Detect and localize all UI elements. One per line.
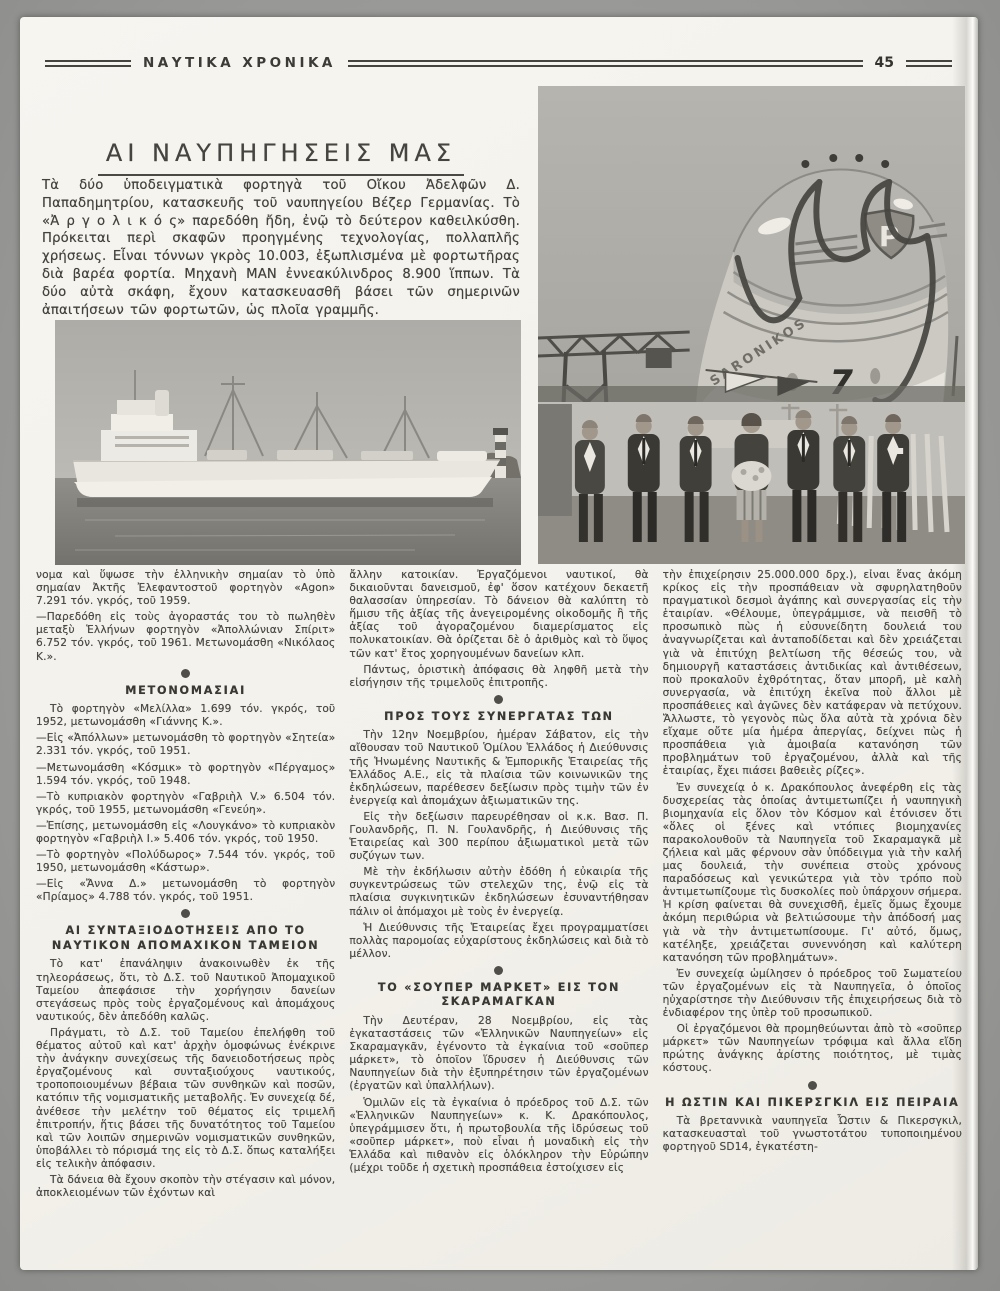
paragraph: Ἐν συνεχείᾳ ὡμίλησεν ὁ πρόεδρος τοῦ Σωμα… xyxy=(663,968,962,1020)
section-heading-associates: ΠΡΟΣ ΤΟΥΣ ΣΥΝΕΡΓΑΤΑΣ ΤΩΝ xyxy=(349,710,648,725)
section-heading-supermarket: ΤΟ «ΣΟΥΠΕΡ ΜΑΡΚΕΤ» ΕΙΣ ΤΟΝ ΣΚΑΡΑΜΑΓΚΑΝ xyxy=(349,981,648,1010)
column-middle: ἄλλην κατοικίαν. Ἐργαζόμενοι ναυτικοί, θ… xyxy=(349,569,648,1275)
cargo-ship-photo xyxy=(55,320,521,565)
section-separator-dot xyxy=(181,909,190,918)
page-number: 45 xyxy=(875,55,894,71)
launch-illustration: P 7 SARONIKOS xyxy=(538,86,965,564)
paragraph: Πράγματι, τὸ Δ.Σ. τοῦ Ταμείου ἐπελήφθη τ… xyxy=(36,1027,335,1171)
paragraph: —Παρεδόθη εἰς τοὺς ἀγοραστάς του τὸ πωλη… xyxy=(36,611,335,663)
pocket-square xyxy=(893,448,903,454)
paragraph: ἄλλην κατοικίαν. Ἐργαζόμενοι ναυτικοί, θ… xyxy=(349,569,648,661)
paragraph: νομα καὶ ὕψωσε τὴν ἑλληνικὴν σημαίαν τὸ … xyxy=(36,569,335,608)
paragraph: —Τὸ κυπριακὸν φορτηγὸν «Γαβριὴλ V.» 6.50… xyxy=(36,791,335,817)
paragraph: Τὰ βρεταννικὰ ναυπηγεῖα Ὦστιν & Πικερσγκ… xyxy=(663,1115,962,1154)
paragraph: Μὲ τὴν ἐκδήλωσιν αὐτὴν ἐδόθη ἡ εὐκαιρία … xyxy=(349,866,648,918)
striped-tower xyxy=(493,428,508,478)
intro-paragraph: Τὰ δύο ὑποδειγματικὰ φορτηγὰ τοῦ Οἴκου Ἀ… xyxy=(42,177,520,319)
paragraph: —Εἰς «Ἀπόλλων» μετωνομάσθη τὸ φορτηγὸν «… xyxy=(36,732,335,758)
ship-reflection xyxy=(77,498,493,507)
paragraph: Ὁμιλῶν εἰς τὰ ἐγκαίνια ὁ πρόεδρος τοῦ Δ.… xyxy=(349,1097,648,1176)
magazine-page: ΝΑΥΤΙΚΑ ΧΡΟΝΙΚΑ 45 ΑΙ ΝΑΥΠΗΓΗΣΕΙΣ ΜΑΣ Τὰ… xyxy=(20,17,978,1270)
masthead: ΝΑΥΤΙΚΑ ΧΡΟΝΙΚΑ 45 xyxy=(45,55,952,71)
paragraph: Τὴν 12ην Νοεμβρίου, ἡμέραν Σάβατον, εἰς … xyxy=(349,729,648,808)
paragraph: —Μετωνομάσθη «Κόσμικ» τὸ φορτηγὸν «Πέργα… xyxy=(36,762,335,788)
masthead-rule-left xyxy=(45,60,131,67)
paragraph: τὴν ἐπιχείρησιν 25.000.000 δρχ.), εἶναι … xyxy=(663,569,962,779)
article-columns: νομα καὶ ὕψωσε τὴν ἑλληνικὴν σημαίαν τὸ … xyxy=(36,569,962,1275)
section-separator-dot xyxy=(808,1081,817,1090)
dock-structure xyxy=(538,404,572,516)
magazine-title: ΝΑΥΤΙΚΑ ΧΡΟΝΙΚΑ xyxy=(143,55,336,71)
paragraph: Πάντως, ὁριστικὴ ἀπόφασις θὰ ληφθῆ μετὰ … xyxy=(349,664,648,690)
section-heading-renamings: ΜΕΤΟΝΟΜΑΣΙΑΙ xyxy=(36,684,335,699)
paragraph: Ἐν συνεχείᾳ ὁ κ. Δρακόπουλος ἀνεφέρθη εἰ… xyxy=(663,782,962,965)
dock-edge xyxy=(538,386,965,402)
bouquet xyxy=(732,461,772,491)
column-right: τὴν ἐπιχείρησιν 25.000.000 δρχ.), εἶναι … xyxy=(663,569,962,1275)
cargo-ship-illustration xyxy=(55,320,521,565)
paragraph: Ἡ Διεύθυνσις τῆς Ἑταιρείας ἔχει προγραμμ… xyxy=(349,922,648,961)
paragraph: Τὸ κατ' ἐπανάληψιν ἀνακοινωθὲν ἐκ τῆς τη… xyxy=(36,958,335,1023)
paragraph: —Τὸ φορτηγὸν «Πολύδωρος» 7.544 τόν. γκρό… xyxy=(36,849,335,875)
paragraph: Τὸ φορτηγὸν «Μελίλλα» 1.699 τόν. γκρός, … xyxy=(36,703,335,729)
paragraph: Τὰ δάνεια θὰ ἔχουν σκοπὸν τὴν στέγασιν κ… xyxy=(36,1174,335,1200)
masthead-rule-right xyxy=(906,60,952,67)
ship-launch-photo: P 7 SARONIKOS xyxy=(538,86,965,564)
article-headline-text: ΑΙ ΝΑΥΠΗΓΗΣΕΙΣ ΜΑΣ xyxy=(98,139,464,176)
article-headline: ΑΙ ΝΑΥΠΗΓΗΣΕΙΣ ΜΑΣ xyxy=(40,131,522,176)
masthead-rule-center xyxy=(348,60,863,67)
paragraph: Τὴν Δευτέραν, 28 Νοεμβρίου, εἰς τὰς ἐγκα… xyxy=(349,1015,648,1094)
section-separator-dot xyxy=(494,695,503,704)
paragraph: —Εἰς «Ἄννα Δ.» μετωνομάσθη τὸ φορτηγὸν «… xyxy=(36,878,335,904)
section-separator-dot xyxy=(494,966,503,975)
section-separator-dot xyxy=(181,669,190,678)
section-heading-austin-pickersgill: Η ΩΣΤΙΝ ΚΑΙ ΠΙΚΕΡΣΓΚΙΛ ΕΙΣ ΠΕΙΡΑΙΑ xyxy=(663,1096,962,1111)
group-photo xyxy=(538,402,965,564)
deck-hatches xyxy=(207,450,413,460)
paragraph: Εἰς τὴν δεξίωσιν παρευρέθησαν οἱ κ.κ. Βα… xyxy=(349,811,648,863)
column-left: νομα καὶ ὕψωσε τὴν ἑλληνικὴν σημαίαν τὸ … xyxy=(36,569,335,1275)
paragraph: —Ἐπίσης, μετωνομάσθη εἰς «Λουγκάνο» τὸ κ… xyxy=(36,820,335,846)
paragraph: Οἱ ἐργαζόμενοι θὰ προμηθεύωνται ἀπὸ τὸ «… xyxy=(663,1023,962,1075)
section-heading-pensions: ΑΙ ΣΥΝΤΑΞΙΟΔΟΤΗΣΕΙΣ ΑΠΟ ΤΟ ΝΑΥΤΙΚΟΝ ΑΠΟΜ… xyxy=(36,924,335,953)
crane-trolley xyxy=(646,348,672,368)
